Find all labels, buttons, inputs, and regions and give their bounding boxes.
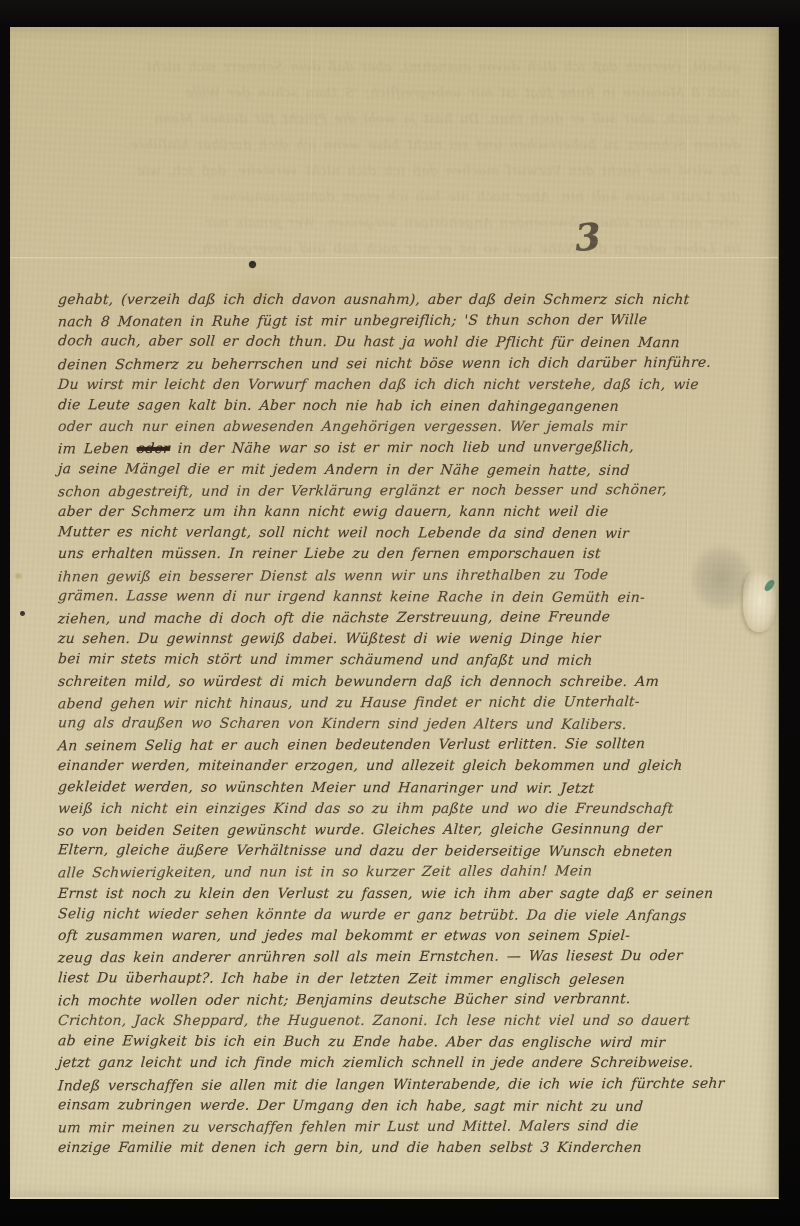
letter-line: Indeß verschaffen sie allen mit die lang…: [57, 1073, 761, 1097]
letter-line: ich mochte wollen oder nicht; Benjamins …: [57, 988, 761, 1012]
left-margin-dot: [20, 611, 25, 616]
letter-line: um mir meinen zu verschaffen fehlen mir …: [57, 1116, 761, 1140]
bleedthrough-line: oder auch nur einen abwesenden Angehörig…: [50, 211, 740, 237]
page-number: 3: [573, 214, 602, 260]
letter-line: An seinem Selig hat er auch einen bedeut…: [57, 734, 761, 758]
letter-line: bei mir stets mich stört und immer schäu…: [57, 650, 760, 673]
letter-line: einsam zubringen werde. Der Umgang den i…: [57, 1095, 760, 1118]
letter-line: ziehen, und mache di doch oft die nächst…: [57, 607, 761, 631]
letter-line: aber der Schmerz um ihn kann nicht ewig …: [57, 502, 760, 523]
letter-line: Du wirst mir leicht den Vorwurf machen d…: [57, 375, 760, 396]
letter-line: nach 8 Monaten in Ruhe fügt ist mir unbe…: [57, 310, 761, 334]
letter-line: oder auch nur einen abwesenden Angehörig…: [57, 417, 760, 438]
bleedthrough-line: gehabt, (verzeih daß ich dich davon ausn…: [50, 55, 740, 81]
letter-line: gehabt, (verzeih daß ich dich davon ausn…: [57, 290, 760, 311]
letter-line: gekleidet werden, so wünschten Meier und…: [57, 777, 760, 800]
letter-line: doch auch, aber soll er doch thun. Du ha…: [57, 332, 760, 355]
photo-backdrop: gehabt, (verzeih daß ich dich davon ausn…: [0, 0, 800, 1226]
letter-line: uns erhalten müssen. In reiner Liebe zu …: [57, 544, 760, 565]
letter-line: die Leute sagen kalt bin. Aber noch nie …: [57, 395, 760, 418]
letter-line: so von beiden Seiten gewünscht wurde. Gl…: [57, 819, 761, 843]
letter-line: deinen Schmerz zu beherrschen und sei ni…: [57, 352, 761, 376]
letter-line: oft zusammen waren, und jedes mal bekomm…: [57, 926, 760, 947]
letter-line: weiß ich nicht ein einziges Kind das so …: [57, 799, 760, 820]
letter-page: gehabt, (verzeih daß ich dich davon ausn…: [10, 27, 779, 1199]
letter-line: abend gehen wir nicht hinaus, und zu Hau…: [57, 692, 761, 716]
letter-line: einander werden, miteinander erzogen, un…: [57, 756, 760, 777]
letter-line: Ernst ist noch zu klein den Verlust zu f…: [57, 884, 760, 905]
letter-lines: gehabt, (verzeih daß ich dich davon ausn…: [58, 290, 760, 1159]
letter-line: zeug das kein anderer anrühren soll als …: [57, 946, 761, 970]
bleedthrough-line: die Leute sagen kalt bin. Aber noch nie …: [50, 185, 740, 211]
letter-line: im Leben oder in der Nähe war so ist er …: [57, 437, 761, 461]
letter-line: Mutter es nicht verlangt, soll nicht wei…: [57, 522, 760, 545]
bleedthrough-line: im Leben oder in der Nähe war so ist er …: [50, 237, 740, 263]
letter-line: grämen. Lasse wenn di nur irgend kannst …: [57, 586, 760, 609]
bleedthrough-line: Du wirst mir leicht den Vorwurf machen d…: [50, 159, 740, 185]
letter-line: einzige Familie mit denen ich gern bin, …: [57, 1138, 760, 1159]
bleedthrough-line: deinen Schmerz zu beherrschen und sei ni…: [50, 133, 740, 159]
bleedthrough-line: nach 8 Monaten in Ruhe fügt ist mir unbe…: [50, 81, 740, 107]
letter-line: zu sehen. Du gewinnst gewiß dabei. Wüßte…: [57, 629, 760, 650]
letter-line: alle Schwierigkeiten, und nun ist in so …: [57, 861, 761, 885]
letter-line: liest Du überhaupt?. Ich habe in der let…: [57, 968, 760, 991]
letter-line: ab eine Ewigkeit bis ich ein Buch zu End…: [57, 1031, 760, 1054]
verso-bleedthrough-text: gehabt, (verzeih daß ich dich davon ausn…: [50, 55, 740, 270]
bleedthrough-line: doch auch, aber soll er doch thun. Du ha…: [50, 107, 740, 133]
letter-line: Selig nicht wieder sehen könnte da wurde…: [57, 904, 760, 927]
green-mark: [763, 578, 777, 593]
letter-line: ihnen gewiß ein besserer Dienst als wenn…: [57, 564, 761, 588]
letter-line: Crichton, Jack Sheppard, the Huguenot. Z…: [57, 1011, 760, 1032]
letter-line: schreiten mild, so würdest di mich bewun…: [57, 672, 760, 693]
letter-line: schon abgestreift, und in der Verklärung…: [57, 479, 761, 503]
letter-line: jetzt ganz leicht und ich finde mich zie…: [57, 1053, 760, 1074]
letter-line: ja seine Mängel die er mit jedem Andern …: [57, 459, 760, 482]
yellow-fleck: [15, 573, 22, 579]
struck-through-word: oder: [136, 441, 170, 457]
